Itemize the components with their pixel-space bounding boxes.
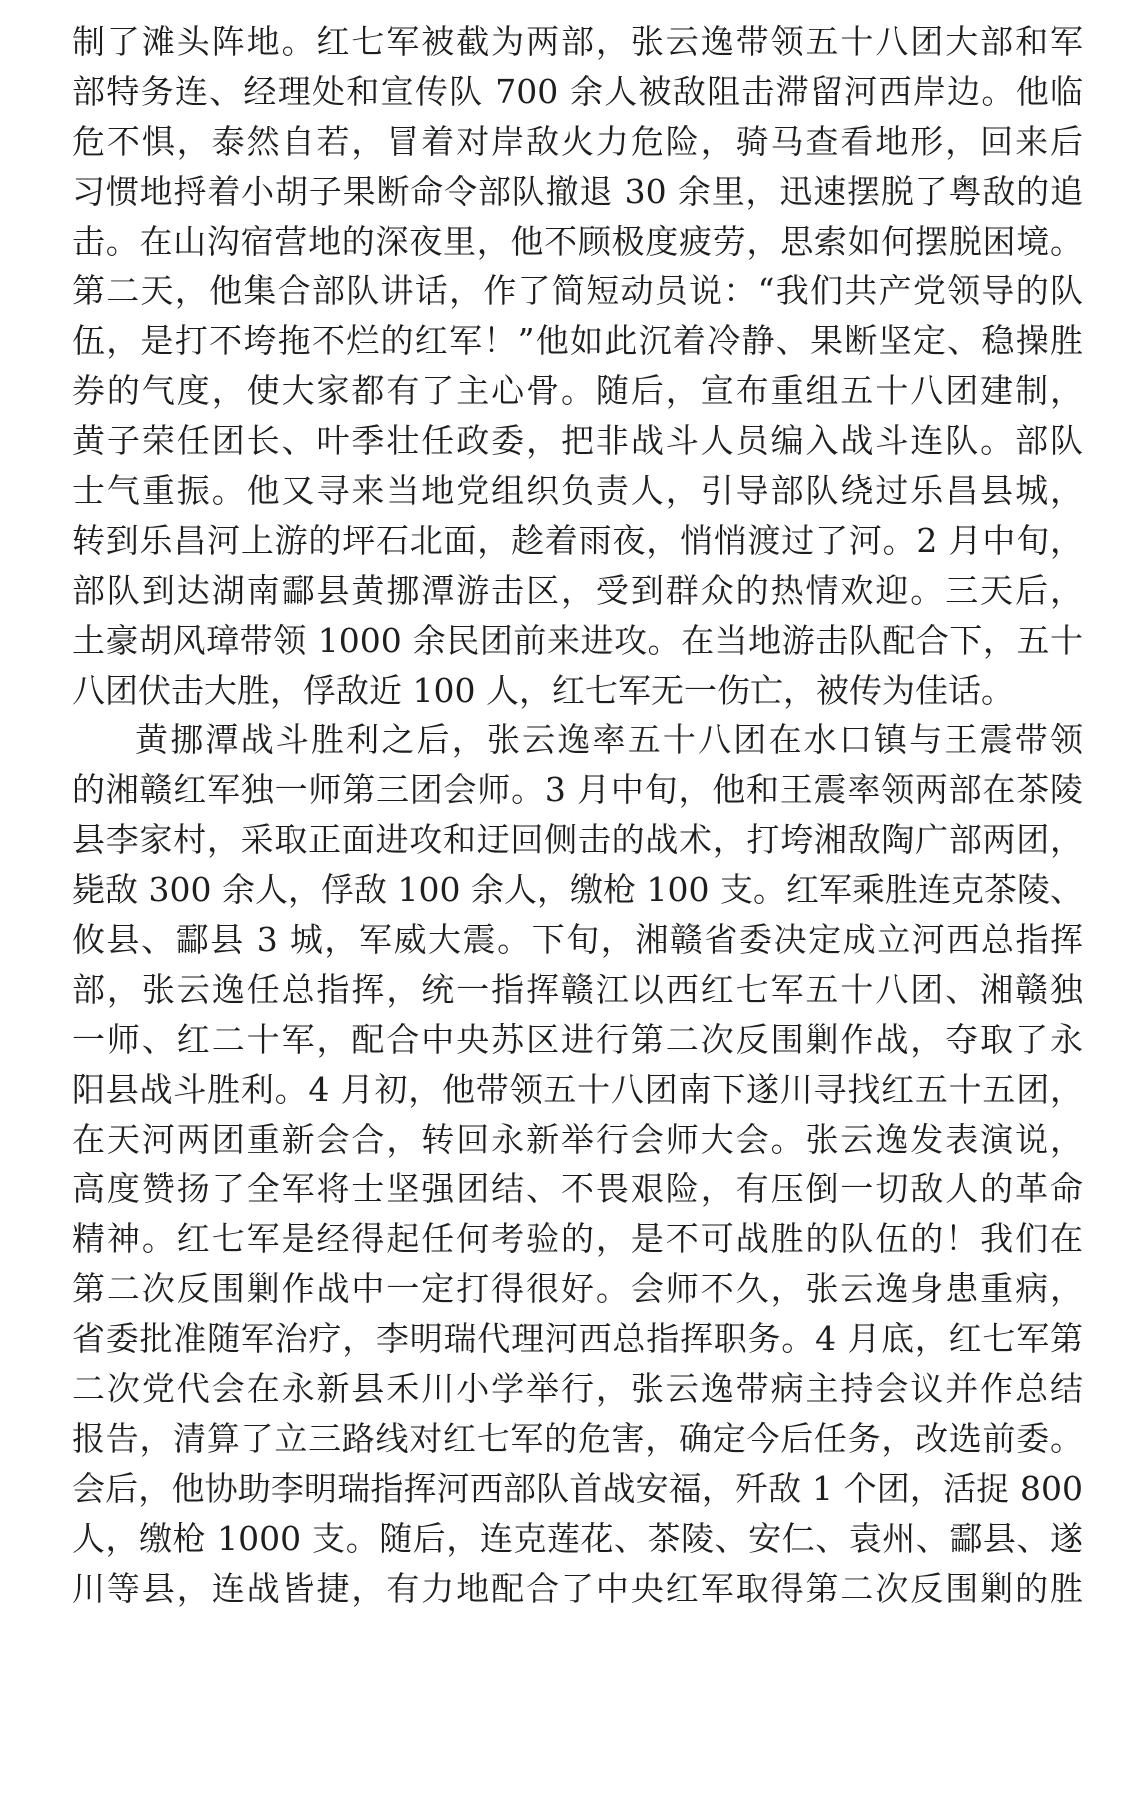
text-line: 部，张云逸任总指挥，统一指挥赣江以西红七军五十八团、湘赣独 xyxy=(72,965,1083,1015)
text-line: 危不惧，泰然自若，冒着对岸敌火力危险，骑马查看地形，回来后 xyxy=(72,117,1083,167)
text-line: 习惯地捋着小胡子果断命令部队撤退 30 余里，迅速摆脱了粤敌的追 xyxy=(72,167,1083,217)
text-line: 土豪胡风璋带领 1000 余民团前来进攻。在当地游击队配合下，五十 xyxy=(72,616,1083,666)
text-line: 阳县战斗胜利。4 月初，他带领五十八团南下遂川寻找红五十五团， xyxy=(72,1065,1083,1115)
text-line: 精神。红七军是经得起任何考验的，是不可战胜的队伍的！我们在 xyxy=(72,1214,1083,1264)
text-line: 人，缴枪 1000 支。随后，连克莲花、茶陵、安仁、袁州、酃县、遂 xyxy=(72,1514,1083,1564)
text-line: 高度赞扬了全军将士坚强团结、不畏艰险，有压倒一切敌人的革命 xyxy=(72,1164,1083,1214)
text-line: 报告，清算了立三路线对红七军的危害，确定今后任务，改选前委。 xyxy=(72,1414,1083,1464)
text-line: 县李家村，采取正面进攻和迂回侧击的战术，打垮湘敌陶广部两团， xyxy=(72,815,1083,865)
text-line: 伍，是打不垮拖不烂的红军！”他如此沉着冷静、果断坚定、稳操胜 xyxy=(72,316,1083,366)
text-line: 券的气度，使大家都有了主心骨。随后，宣布重组五十八团建制， xyxy=(72,366,1083,416)
document-page: 制了滩头阵地。红七军被截为两部，张云逸带领五十八团大部和军部特务连、经理处和宣传… xyxy=(0,0,1137,1802)
text-line: 击。在山沟宿营地的深夜里，他不顾极度疲劳，思索如何摆脱困境。 xyxy=(72,217,1083,267)
text-line: 部队到达湖南酃县黄挪潭游击区，受到群众的热情欢迎。三天后， xyxy=(72,566,1083,616)
text-block: 制了滩头阵地。红七军被截为两部，张云逸带领五十八团大部和军部特务连、经理处和宣传… xyxy=(72,17,1083,1614)
text-line: 部特务连、经理处和宣传队 700 余人被敌阻击滞留河西岸边。他临 xyxy=(72,67,1083,117)
text-line: 川等县，连战皆捷，有力地配合了中央红军取得第二次反围剿的胜 xyxy=(72,1564,1083,1614)
text-line: 一师、红二十军，配合中央苏区进行第二次反围剿作战，夺取了永 xyxy=(72,1015,1083,1065)
text-line: 黄挪潭战斗胜利之后，张云逸率五十八团在水口镇与王震带领 xyxy=(72,715,1083,765)
text-line: 在天河两团重新会合，转回永新举行会师大会。张云逸发表演说， xyxy=(72,1115,1083,1165)
text-line: 八团伏击大胜，俘敌近 100 人，红七军无一伤亡，被传为佳话。 xyxy=(72,666,1083,716)
text-line: 的湘赣红军独一师第三团会师。3 月中旬，他和王震率领两部在茶陵 xyxy=(72,765,1083,815)
text-line: 攸县、酃县 3 城，军威大震。下旬，湘赣省委决定成立河西总指挥 xyxy=(72,915,1083,965)
text-line: 黄子荣任团长、叶季壮任政委，把非战斗人员编入战斗连队。部队 xyxy=(72,416,1083,466)
text-line: 第二次反围剿作战中一定打得很好。会师不久，张云逸身患重病， xyxy=(72,1264,1083,1314)
text-line: 毙敌 300 余人，俘敌 100 余人，缴枪 100 支。红军乘胜连克茶陵、 xyxy=(72,865,1083,915)
text-line: 士气重振。他又寻来当地党组织负责人，引导部队绕过乐昌县城， xyxy=(72,466,1083,516)
text-line: 省委批准随军治疗，李明瑞代理河西总指挥职务。4 月底，红七军第 xyxy=(72,1314,1083,1364)
text-line: 转到乐昌河上游的坪石北面，趁着雨夜，悄悄渡过了河。2 月中旬， xyxy=(72,516,1083,566)
text-line: 会后，他协助李明瑞指挥河西部队首战安福，歼敌 1 个团，活捉 800 xyxy=(72,1464,1083,1514)
text-line: 第二天，他集合部队讲话，作了简短动员说：“我们共产党领导的队 xyxy=(72,266,1083,316)
text-line: 二次党代会在永新县禾川小学举行，张云逸带病主持会议并作总结 xyxy=(72,1364,1083,1414)
text-line: 制了滩头阵地。红七军被截为两部，张云逸带领五十八团大部和军 xyxy=(72,17,1083,67)
